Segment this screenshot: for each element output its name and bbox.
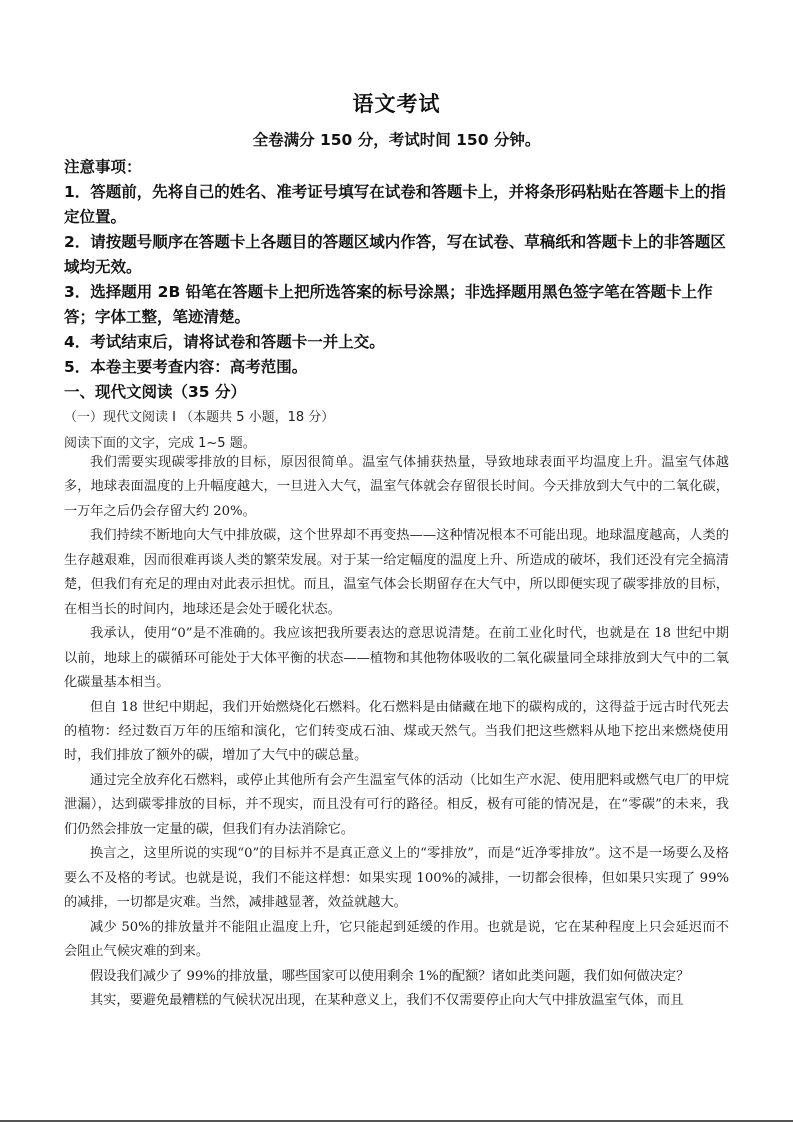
section-heading: 一、现代文阅读（35 分） — [64, 380, 729, 405]
note-item: 1．答题前，先将自己的姓名、准考证号填写在试卷和答题卡上，并将条形码粘贴在答题卡… — [64, 180, 729, 230]
passage-paragraph: 我承认，使用“0”是不准确的。我应该把我所要表达的意思说清楚。在前工业化时代，也… — [64, 622, 729, 695]
passage-paragraph: 换言之，这里所说的实现“0”的目标并不是真正意义上的“零排放”，而是“近净零排放… — [64, 842, 729, 915]
note-item: 3．选择题用 2B 铅笔在答题卡上把所选答案的标号涂黑；非选择题用黑色签字笔在答… — [64, 280, 729, 330]
passage-paragraph: 我们持续不断地向大气中排放碳，这个世界却不再变热——这种情况根本不可能出现。地球… — [64, 524, 729, 622]
passage-paragraph: 减少 50%的排放量并不能阻止温度上升，它只能起到延缓的作用。也就是说，它在某种… — [64, 916, 729, 965]
passage-paragraph: 通过完全放弃化石燃料，或停止其他所有会产生温室气体的活动（比如生产水泥、使用肥料… — [64, 769, 729, 842]
exam-subtitle: 全卷满分 150 分，考试时间 150 分钟。 — [64, 128, 729, 150]
passage-paragraph: 其实，要避免最糟糕的气候状况出现，在某种意义上，我们不仅需要停止向大气中排放温室… — [64, 989, 729, 1013]
notes-heading: 注意事项： — [64, 155, 729, 180]
passage-paragraph: 我们需要实现碳零排放的目标，原因很简单。温室气体捕获热量，导致地球表面平均温度上… — [64, 451, 729, 524]
notes-section: 注意事项： 1．答题前，先将自己的姓名、准考证号填写在试卷和答题卡上，并将条形码… — [64, 155, 729, 457]
note-item: 5．本卷主要考查内容：高考范围。 — [64, 355, 729, 380]
sub-heading: （一）现代文阅读 I （本题共 5 小题，18 分） — [64, 405, 729, 431]
reading-passage: 我们需要实现碳零排放的目标，原因很简单。温室气体捕获热量，导致地球表面平均温度上… — [64, 451, 729, 1014]
exam-title: 语文考试 — [64, 88, 729, 118]
passage-paragraph: 假设我们减少了 99%的排放量，哪些国家可以使用剩余 1%的配额？诸如此类问题，… — [64, 965, 729, 989]
note-item: 4．考试结束后，请将试卷和答题卡一并上交。 — [64, 330, 729, 355]
passage-paragraph: 但自 18 世纪中期起，我们开始燃烧化石燃料。化石燃料是由储藏在地下的碳构成的，… — [64, 696, 729, 769]
note-item: 2．请按题号顺序在答题卡上各题目的答题区域内作答，写在试卷、草稿纸和答题卡上的非… — [64, 230, 729, 280]
